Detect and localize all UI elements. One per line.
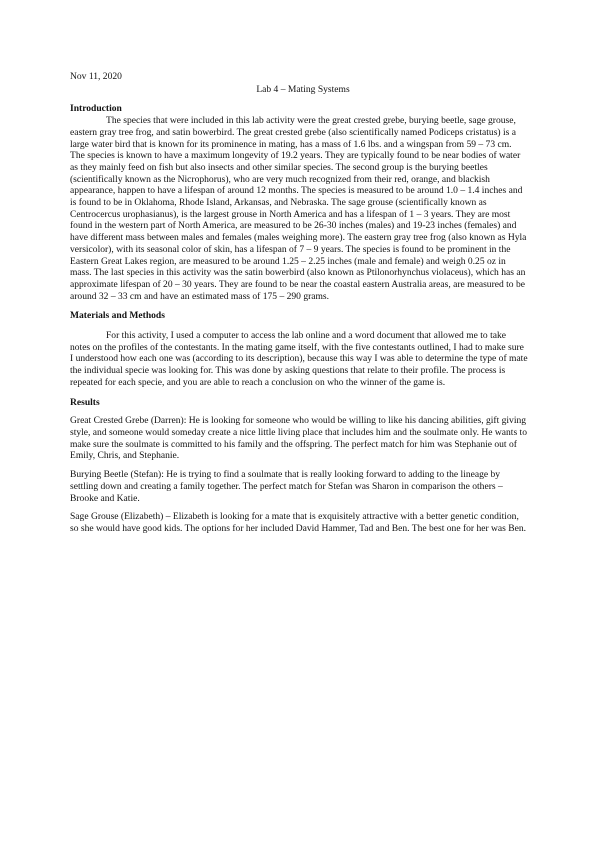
document-page: Nov 11, 2020 Lab 4 – Mating Systems Intr… [70,71,528,542]
document-date: Nov 11, 2020 [70,71,528,83]
materials-methods-heading: Materials and Methods [70,310,528,322]
materials-methods-paragraph: For this activity, I used a computer to … [70,330,528,389]
result-item-grouse: Sage Grouse (Elizabeth) – Elizabeth is l… [70,511,528,534]
result-item-beetle: Burying Beetle (Stefan): He is trying to… [70,469,528,504]
result-item-grebe: Great Crested Grebe (Darren): He is look… [70,415,528,462]
results-heading: Results [70,397,528,409]
results-section: Results Great Crested Grebe (Darren): He… [70,397,528,535]
introduction-section: Introduction The species that were inclu… [70,103,528,302]
document-title: Lab 4 – Mating Systems [70,84,528,96]
materials-methods-section: Materials and Methods For this activity,… [70,310,528,388]
introduction-heading: Introduction [70,103,528,115]
introduction-paragraph: The species that were included in this l… [70,115,528,302]
